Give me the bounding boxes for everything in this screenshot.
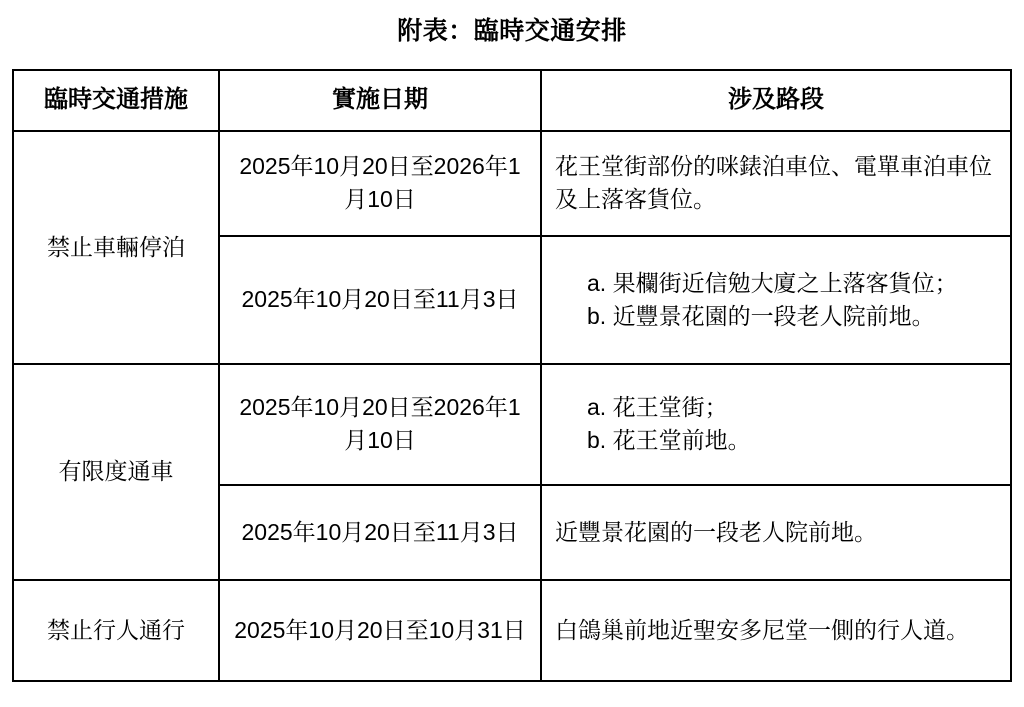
table-row: 禁止行人通行 2025年10月20日至10月31日 白鴿巢前地近聖安多尼堂一側的… <box>13 580 1011 681</box>
date-cell: 2025年10月20日至11月3日 <box>219 485 541 580</box>
date-cell: 2025年10月20日至10月31日 <box>219 580 541 681</box>
road-line: 白鴿巢前地近聖安多尼堂一側的行人道。 <box>555 614 996 647</box>
roads-cell: 花王堂街部份的咪錶泊車位、電單車泊車位及上落客貨位。 <box>541 131 1011 236</box>
table-row: 有限度通車 2025年10月20日至2026年1月10日 a. 花王堂街； b.… <box>13 364 1011 485</box>
roads-cell: a. 花王堂街； b. 花王堂前地。 <box>541 364 1011 485</box>
measure-cell-limited-traffic: 有限度通車 <box>13 364 219 580</box>
col-header-roads: 涉及路段 <box>541 70 1011 131</box>
col-header-measure: 臨時交通措施 <box>13 70 219 131</box>
measure-cell-no-parking: 禁止車輛停泊 <box>13 131 219 364</box>
traffic-arrangements-table: 臨時交通措施 實施日期 涉及路段 禁止車輛停泊 2025年10月20日至2026… <box>12 69 1012 682</box>
road-line: b. 近豐景花園的一段老人院前地。 <box>587 300 996 333</box>
date-cell: 2025年10月20日至11月3日 <box>219 236 541 364</box>
road-line: 近豐景花園的一段老人院前地。 <box>555 516 996 549</box>
header-row: 臨時交通措施 實施日期 涉及路段 <box>13 70 1011 131</box>
roads-cell: 近豐景花園的一段老人院前地。 <box>541 485 1011 580</box>
road-line: 花王堂街部份的咪錶泊車位、電單車泊車位及上落客貨位。 <box>555 150 996 215</box>
roads-cell: a. 果欄街近信勉大廈之上落客貨位； b. 近豐景花園的一段老人院前地。 <box>541 236 1011 364</box>
date-cell: 2025年10月20日至2026年1月10日 <box>219 364 541 485</box>
road-line: b. 花王堂前地。 <box>587 424 996 457</box>
col-header-date: 實施日期 <box>219 70 541 131</box>
table-row: 禁止車輛停泊 2025年10月20日至2026年1月10日 花王堂街部份的咪錶泊… <box>13 131 1011 236</box>
date-cell: 2025年10月20日至2026年1月10日 <box>219 131 541 236</box>
road-line: a. 果欄街近信勉大廈之上落客貨位； <box>587 267 996 300</box>
page-title: 附表：臨時交通安排 <box>0 0 1024 48</box>
measure-cell-no-pedestrians: 禁止行人通行 <box>13 580 219 681</box>
table-header: 臨時交通措施 實施日期 涉及路段 <box>13 70 1011 131</box>
table-body: 禁止車輛停泊 2025年10月20日至2026年1月10日 花王堂街部份的咪錶泊… <box>13 131 1011 681</box>
road-line: a. 花王堂街； <box>587 391 996 424</box>
roads-cell: 白鴿巢前地近聖安多尼堂一側的行人道。 <box>541 580 1011 681</box>
page: 附表：臨時交通安排 臨時交通措施 實施日期 涉及路段 禁止車輛停泊 2025年1… <box>0 0 1024 707</box>
